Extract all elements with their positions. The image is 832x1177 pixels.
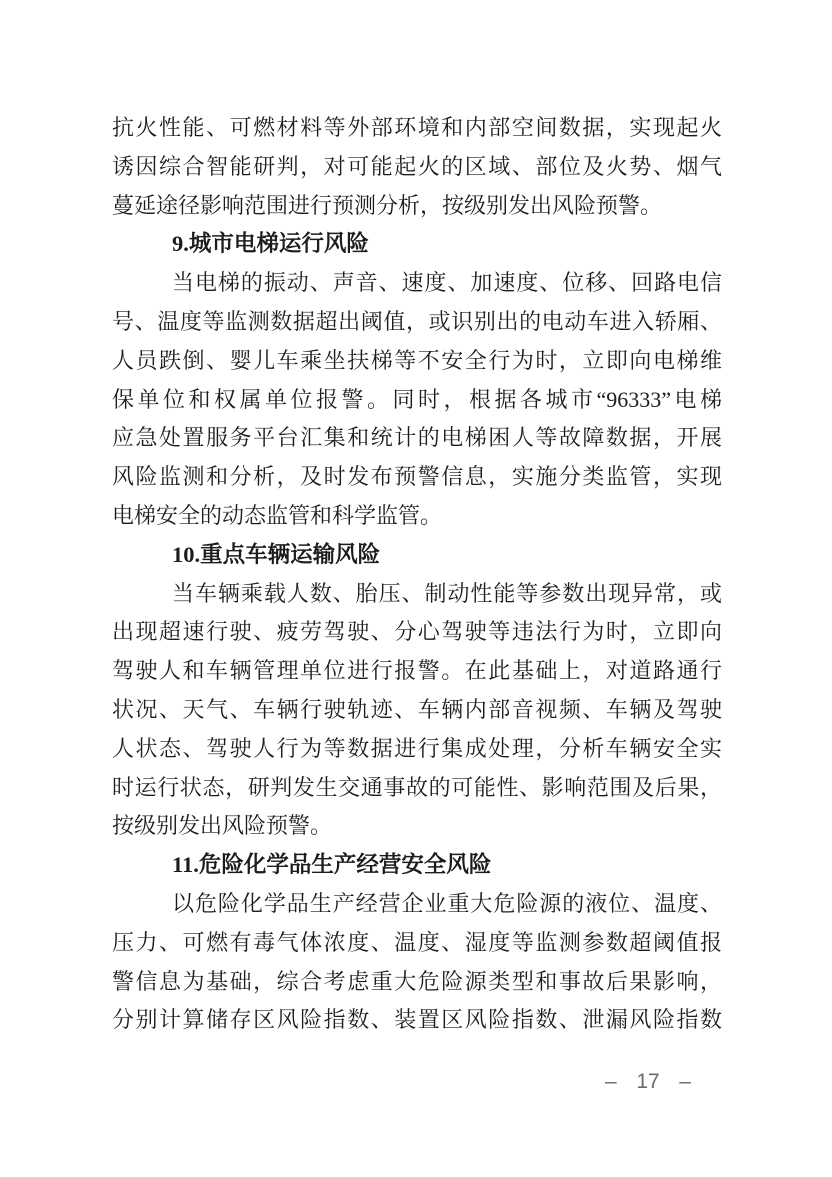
section-heading-11: 11.危险化学品生产经营安全风险 bbox=[112, 846, 722, 885]
text-line: 人员跌倒、婴儿车乘坐扶梯等不安全行为时，立即向电梯维 bbox=[112, 342, 722, 381]
text-line: 电梯安全的动态监管和科学监管。 bbox=[112, 497, 722, 536]
text-line: 应急处置服务平台汇集和统计的电梯困人等故障数据，开展 bbox=[112, 419, 722, 458]
footer-dash-left: – bbox=[605, 1070, 617, 1094]
section-heading-9: 9.城市电梯运行风险 bbox=[112, 225, 722, 264]
text-line: 以危险化学品生产经营企业重大危险源的液位、温度、 bbox=[112, 885, 722, 924]
text-line: 风险监测和分析，及时发布预警信息，实施分类监管，实现 bbox=[112, 458, 722, 497]
text-line: 诱因综合智能研判，对可能起火的区域、部位及火势、烟气 bbox=[112, 148, 722, 187]
text-line: 当车辆乘载人数、胎压、制动性能等参数出现异常，或 bbox=[112, 575, 722, 614]
text-line: 抗火性能、可燃材料等外部环境和内部空间数据，实现起火 bbox=[112, 109, 722, 148]
document-body: 抗火性能、可燃材料等外部环境和内部空间数据，实现起火 诱因综合智能研判，对可能起… bbox=[112, 109, 722, 1040]
text-line: 号、温度等监测数据超出阈值，或识别出的电动车进入轿厢、 bbox=[112, 303, 722, 342]
section-heading-10: 10.重点车辆运输风险 bbox=[112, 536, 722, 575]
footer-dash-right: – bbox=[679, 1070, 691, 1094]
text-line: 分别计算储存区风险指数、装置区风险指数、泄漏风险指数 bbox=[112, 1001, 722, 1040]
text-line: 按级别发出风险预警。 bbox=[112, 807, 722, 846]
text-line: 当电梯的振动、声音、速度、加速度、位移、回路电信 bbox=[112, 264, 722, 303]
text-line: 驾驶人和车辆管理单位进行报警。在此基础上，对道路通行 bbox=[112, 652, 722, 691]
page-footer: – 17 – bbox=[605, 1070, 691, 1094]
page-number: 17 bbox=[636, 1070, 659, 1094]
text-line: 保单位和权属单位报警。同时，根据各城市“96333”电梯 bbox=[112, 381, 722, 420]
text-line: 警信息为基础，综合考虑重大危险源类型和事故后果影响， bbox=[112, 963, 722, 1002]
text-line: 状况、天气、车辆行驶轨迹、车辆内部音视频、车辆及驾驶 bbox=[112, 691, 722, 730]
text-line: 人状态、驾驶人行为等数据进行集成处理，分析车辆安全实 bbox=[112, 730, 722, 769]
document-page: 抗火性能、可燃材料等外部环境和内部空间数据，实现起火 诱因综合智能研判，对可能起… bbox=[0, 0, 832, 1177]
text-line: 出现超速行驶、疲劳驾驶、分心驾驶等违法行为时，立即向 bbox=[112, 613, 722, 652]
text-line: 时运行状态，研判发生交通事故的可能性、影响范围及后果， bbox=[112, 769, 722, 808]
text-line: 压力、可燃有毒气体浓度、温度、湿度等监测参数超阈值报 bbox=[112, 924, 722, 963]
text-line: 蔓延途径影响范围进行预测分析，按级别发出风险预警。 bbox=[112, 187, 722, 226]
